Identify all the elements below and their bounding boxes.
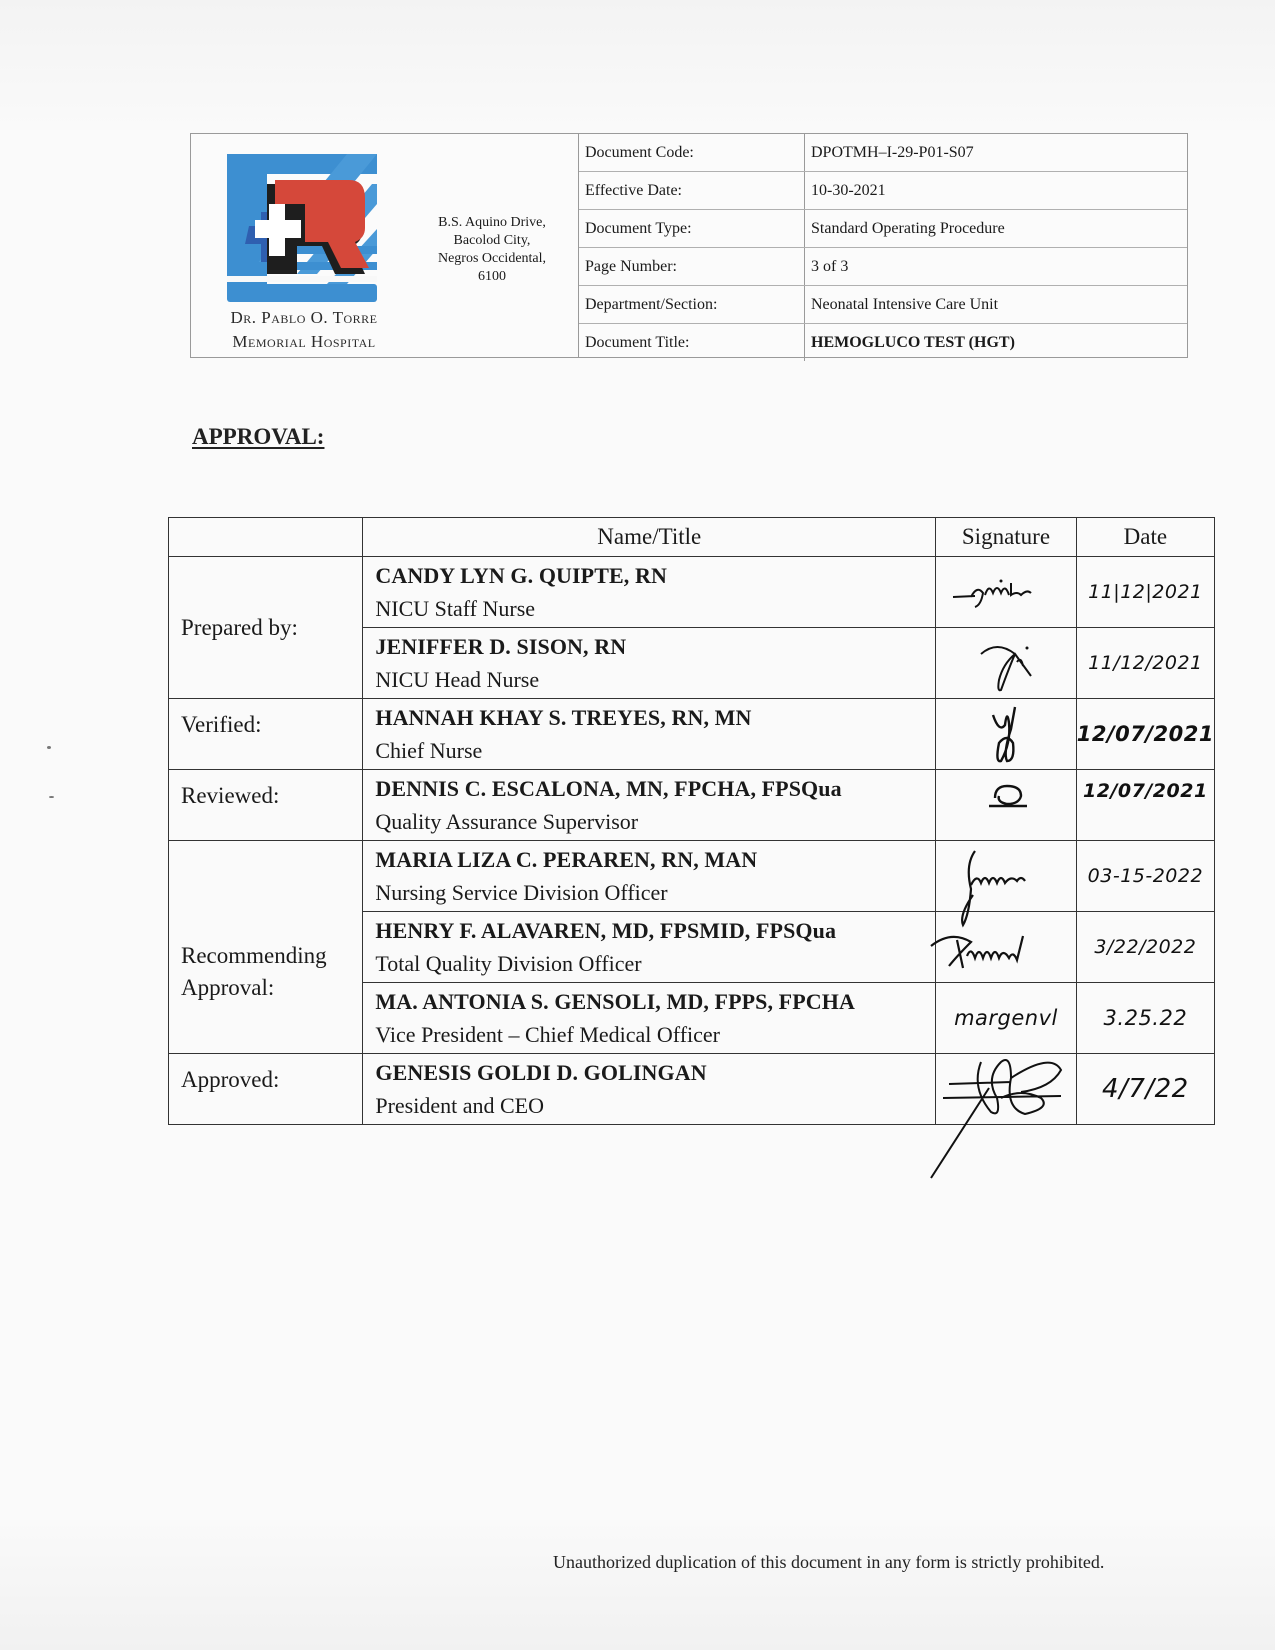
table-row: Prepared by: CANDY LYN G. QUIPTE, RN NIC… [169, 557, 1215, 628]
column-header-role [169, 518, 363, 557]
department-value: Neonatal Intensive Care Unit [805, 286, 1188, 324]
meta-row-department: Department/Section: Neonatal Intensive C… [579, 286, 1187, 324]
date-cell: 12/07/2021 [1076, 699, 1214, 770]
signatory-cell: HANNAH KHAY S. TREYES, RN, MN Chief Nurs… [363, 699, 936, 770]
approval-heading: APPROVAL: [192, 424, 324, 450]
signatory-name: HENRY F. ALAVAREN, MD, FPSMID, FPSQua [375, 914, 923, 947]
signatory-title: Vice President – Chief Medical Officer [375, 1018, 923, 1051]
meta-label: Department/Section: [579, 286, 805, 324]
hospital-name-line-2: Memorial Hospital [199, 330, 409, 354]
table-row: Verified: HANNAH KHAY S. TREYES, RN, MN … [169, 699, 1215, 770]
column-header-signature: Signature [936, 518, 1077, 557]
meta-label: Document Code: [579, 134, 805, 172]
signatory-title: Chief Nurse [375, 734, 923, 767]
signatory-name: HANNAH KHAY S. TREYES, RN, MN [375, 701, 923, 734]
handwritten-signature-icon [941, 1058, 1071, 1120]
signed-date: 11|12|2021 [1088, 581, 1203, 603]
signature-cell [936, 1054, 1077, 1125]
approval-table: Name/Title Signature Date Prepared by: C… [168, 517, 1215, 1125]
handwritten-signature-icon [941, 703, 1071, 765]
signatory-cell: MARIA LIZA C. PERAREN, RN, MAN Nursing S… [363, 841, 936, 912]
signatory-title: President and CEO [375, 1089, 923, 1122]
signatory-name: MA. ANTONIA S. GENSOLI, MD, FPPS, FPCHA [375, 985, 923, 1018]
signatory-title: NICU Staff Nurse [375, 592, 923, 625]
duplication-notice: Unauthorized duplication of this documen… [553, 1552, 1104, 1573]
signatory-cell: JENIFFER D. SISON, RN NICU Head Nurse [363, 628, 936, 699]
signature-cell [936, 841, 1077, 912]
meta-row-effective-date: Effective Date: 10-30-2021 [579, 172, 1187, 210]
signed-date: 3.25.22 [1104, 1006, 1188, 1030]
signed-date: 03-15-2022 [1088, 865, 1203, 887]
hospital-address: B.S. Aquino Drive, Bacolod City, Negros … [406, 134, 579, 357]
date-cell: 4/7/22 [1076, 1054, 1214, 1125]
signature-cell [936, 699, 1077, 770]
signed-date: 4/7/22 [1102, 1074, 1189, 1104]
meta-label: Effective Date: [579, 172, 805, 210]
signature-cell [936, 770, 1077, 841]
meta-row-document-type: Document Type: Standard Operating Proced… [579, 210, 1187, 248]
handwritten-signature-text: margenvl [954, 1006, 1058, 1030]
document-title-value: HEMOGLUCO TEST (HGT) [805, 324, 1188, 362]
table-row: Reviewed: DENNIS C. ESCALONA, MN, FPCHA,… [169, 770, 1215, 841]
date-cell: 11/12/2021 [1076, 628, 1214, 699]
signature-cell [936, 557, 1077, 628]
approval-table-header: Name/Title Signature Date [169, 518, 1215, 557]
meta-label: Document Type: [579, 210, 805, 248]
handwritten-signature-icon [941, 916, 1071, 978]
handwritten-signature-icon [941, 561, 1071, 623]
address-line: Negros Occidental, [438, 250, 546, 268]
signatory-name: CANDY LYN G. QUIPTE, RN [375, 559, 923, 592]
role-label-approved: Approved: [169, 1054, 363, 1125]
signature-cell: margenvl [936, 983, 1077, 1054]
scan-speck [47, 746, 51, 749]
table-row: Recommending Approval: MARIA LIZA C. PER… [169, 841, 1215, 912]
signatory-cell: MA. ANTONIA S. GENSOLI, MD, FPPS, FPCHA … [363, 983, 936, 1054]
role-label-reviewed: Reviewed: [169, 770, 363, 841]
column-header-date: Date [1076, 518, 1214, 557]
signature-cell [936, 628, 1077, 699]
meta-label: Page Number: [579, 248, 805, 286]
hospital-name-line-1: Dr. Pablo O. Torre [199, 306, 409, 330]
role-label-prepared-by: Prepared by: [169, 557, 363, 699]
role-label-verified: Verified: [169, 699, 363, 770]
date-cell: 3/22/2022 [1076, 912, 1214, 983]
signatory-title: Nursing Service Division Officer [375, 876, 923, 909]
signatory-title: Total Quality Division Officer [375, 947, 923, 980]
signatory-cell: CANDY LYN G. QUIPTE, RN NICU Staff Nurse [363, 557, 936, 628]
hospital-cross-r-logo-icon [227, 154, 387, 304]
signatory-name: JENIFFER D. SISON, RN [375, 630, 923, 663]
meta-label: Document Title: [579, 324, 805, 362]
signatory-name: MARIA LIZA C. PERAREN, RN, MAN [375, 843, 923, 876]
document-header: Dr. Pablo O. Torre Memorial Hospital B.S… [190, 133, 1188, 358]
signatory-cell: HENRY F. ALAVAREN, MD, FPSMID, FPSQua To… [363, 912, 936, 983]
hospital-name: Dr. Pablo O. Torre Memorial Hospital [199, 306, 409, 354]
signed-date: 3/22/2022 [1094, 936, 1196, 958]
signed-date: 12/07/2021 [1077, 722, 1214, 746]
date-cell: 03-15-2022 [1076, 841, 1214, 912]
document-metadata-table: Document Code: DPOTMH–I-29-P01-S07 Effec… [579, 134, 1187, 361]
scan-speck [49, 796, 54, 798]
signed-date: 11/12/2021 [1088, 652, 1203, 674]
page-number-value: 3 of 3 [805, 248, 1188, 286]
handwritten-signature-icon [941, 780, 1071, 820]
date-cell: 12/07/2021 [1076, 770, 1214, 841]
meta-row-page-number: Page Number: 3 of 3 [579, 248, 1187, 286]
table-row: Approved: GENESIS GOLDI D. GOLINGAN Pres… [169, 1054, 1215, 1125]
handwritten-signature-icon [941, 845, 1071, 907]
meta-row-document-title: Document Title: HEMOGLUCO TEST (HGT) [579, 324, 1187, 362]
meta-row-document-code: Document Code: DPOTMH–I-29-P01-S07 [579, 134, 1187, 172]
signatory-cell: GENESIS GOLDI D. GOLINGAN President and … [363, 1054, 936, 1125]
hospital-logo-block: Dr. Pablo O. Torre Memorial Hospital [191, 134, 406, 357]
address-line: B.S. Aquino Drive, [438, 214, 546, 232]
signature-cell [936, 912, 1077, 983]
signed-date: 12/07/2021 [1083, 780, 1208, 802]
document-type-value: Standard Operating Procedure [805, 210, 1188, 248]
date-cell: 3.25.22 [1076, 983, 1214, 1054]
signatory-name: GENESIS GOLDI D. GOLINGAN [375, 1056, 923, 1089]
signatory-title: Quality Assurance Supervisor [375, 805, 923, 838]
signatory-title: NICU Head Nurse [375, 663, 923, 696]
role-label-recommending-approval: Recommending Approval: [169, 841, 363, 1054]
date-cell: 11|12|2021 [1076, 557, 1214, 628]
address-line: Bacolod City, [438, 232, 546, 250]
handwritten-signature-icon [941, 632, 1071, 694]
effective-date-value: 10-30-2021 [805, 172, 1188, 210]
document-code-value: DPOTMH–I-29-P01-S07 [805, 134, 1188, 172]
signatory-cell: DENNIS C. ESCALONA, MN, FPCHA, FPSQua Qu… [363, 770, 936, 841]
address-line: 6100 [438, 268, 546, 286]
column-header-name-title: Name/Title [363, 518, 936, 557]
signatory-name: DENNIS C. ESCALONA, MN, FPCHA, FPSQua [375, 772, 923, 805]
